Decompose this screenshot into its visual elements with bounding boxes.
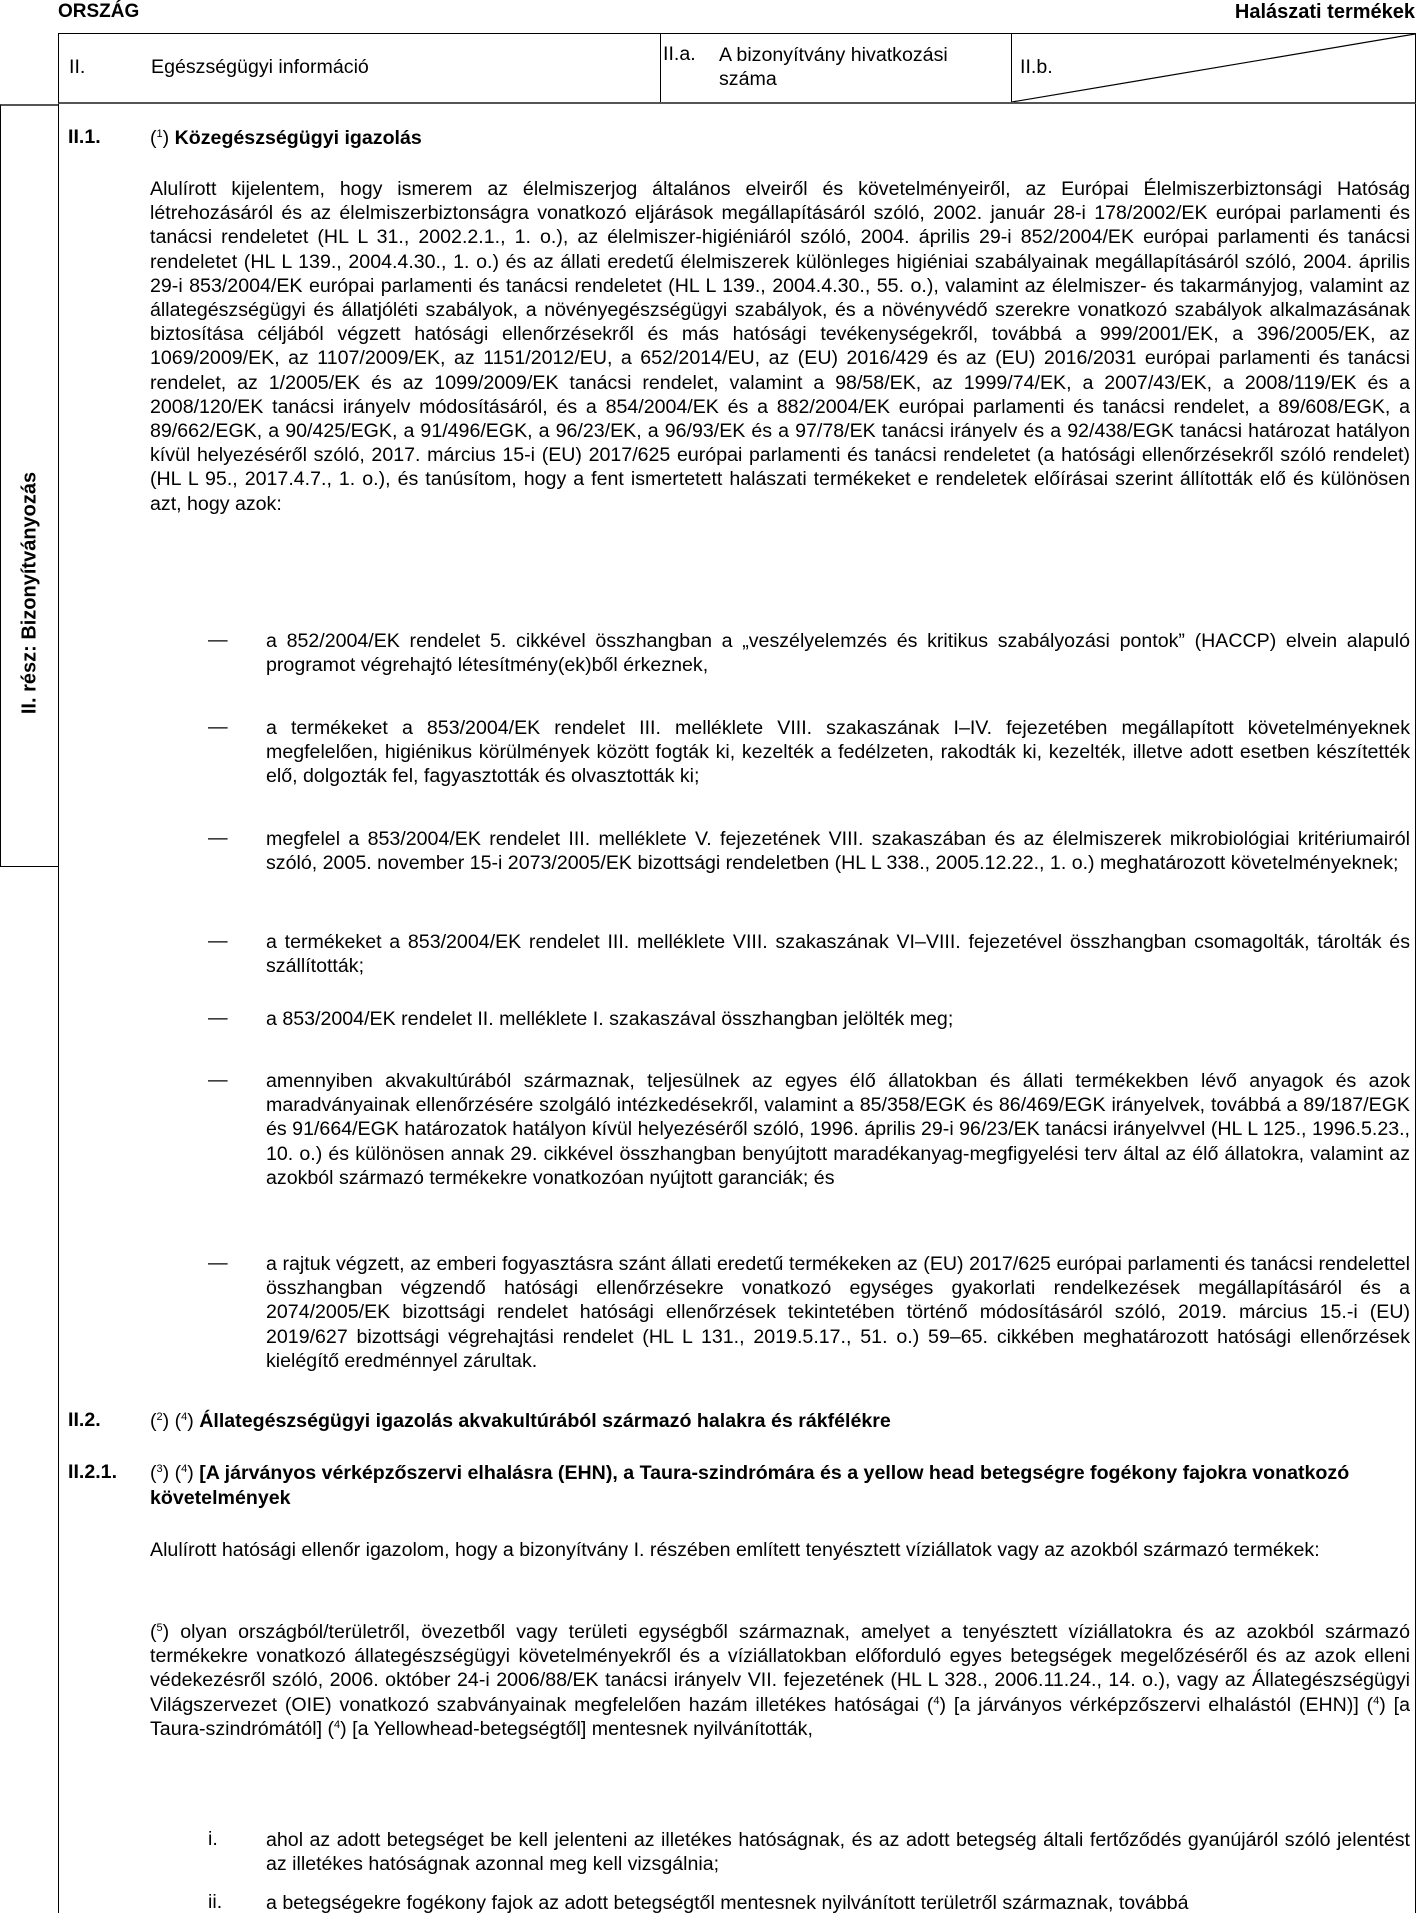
- list-item-text: megfelel a 853/2004/EK rendelet III. mel…: [266, 827, 1410, 875]
- list-item-text: ahol az adott betegséget be kell jelente…: [266, 1828, 1410, 1876]
- option-yellowhead: [a Yellowhead-betegségtől] mentesnek nyi…: [352, 1718, 813, 1740]
- roman-numeral: i.: [208, 1828, 218, 1851]
- list-item-text: a termékeket a 853/2004/EK rendelet III.…: [266, 716, 1410, 789]
- header-ref-b-number: II.b.: [1020, 56, 1053, 79]
- country-label: ORSZÁG: [58, 1, 139, 23]
- disease-free-status-paragraph: (5) olyan országból/területről, övezetbő…: [150, 1620, 1410, 1741]
- footnote-ref: 2: [157, 1411, 163, 1423]
- public-health-declaration-text: Alulírott kijelentem, hogy ismerem az él…: [150, 177, 1410, 516]
- header-section-number: II.: [69, 56, 85, 79]
- footnote-ref: 3: [157, 1463, 163, 1475]
- option-ehn: [a járványos vérképzőszervi elhalástól (…: [954, 1694, 1359, 1716]
- section-heading-text: Közegészségügyi igazolás: [175, 127, 422, 149]
- section-number-ii-1: II.1.: [68, 126, 101, 149]
- list-item-text: a termékeket a 853/2004/EK rendelet III.…: [266, 930, 1410, 978]
- footnote-ref: 5: [157, 1622, 163, 1634]
- dash-bullet: —: [208, 1069, 228, 1092]
- strikethrough-diagonal: [1012, 34, 1415, 102]
- header-section-title: Egészségügyi információ: [151, 56, 369, 79]
- header-ref-number: II.a.: [663, 43, 696, 66]
- dash-bullet: —: [208, 827, 228, 850]
- dash-bullet: —: [208, 629, 228, 652]
- header-ref-b-cell: II.b.: [1011, 34, 1415, 102]
- roman-numeral: ii.: [208, 1891, 222, 1913]
- side-label: II. rész: Bizonyítványozás: [19, 472, 42, 714]
- dash-bullet: —: [208, 716, 228, 739]
- section-number-ii-2-1: II.2.1.: [68, 1461, 117, 1484]
- section-number-ii-2: II.2.: [68, 1409, 101, 1432]
- header-ref-label: A bizonyítvány hivatkozási száma: [719, 43, 1009, 91]
- list-item-text: amennyiben akvakultúrából származnak, te…: [266, 1069, 1410, 1190]
- footnote-ref: 4: [933, 1695, 939, 1707]
- footnote-ref: 4: [1373, 1695, 1379, 1707]
- section-title-ii-2: (2) (4) Állategészségügyi igazolás akvak…: [150, 1409, 1408, 1434]
- list-item-text: a 853/2004/EK rendelet II. melléklete I.…: [266, 1007, 1410, 1031]
- section-title-ii-2-1: (3) (4) [A járványos vérképzőszervi elha…: [150, 1461, 1408, 1511]
- footnote-ref: 4: [181, 1411, 187, 1423]
- list-item-text: a 852/2004/EK rendelet 5. cikkével összh…: [266, 629, 1410, 677]
- list-item-text: a rajtuk végzett, az emberi fogyasztásra…: [266, 1252, 1410, 1373]
- section-heading-text: Állategészségügyi igazolás akvakultúrábó…: [199, 1410, 891, 1432]
- official-inspector-statement: Alulírott hatósági ellenőr igazolom, hog…: [150, 1538, 1410, 1562]
- header-section-cell: II. Egészségügyi információ: [59, 34, 660, 102]
- list-item-text: a betegségekre fogékony fajok az adott b…: [266, 1891, 1410, 1913]
- footnote-ref: 4: [334, 1719, 340, 1731]
- dash-bullet: —: [208, 930, 228, 953]
- dash-bullet: —: [208, 1007, 228, 1030]
- side-label-box: II. rész: Bizonyítványozás: [0, 104, 58, 867]
- header-reference-cell: II.a. A bizonyítvány hivatkozási száma: [660, 34, 1012, 102]
- footnote-ref: 1: [157, 128, 163, 140]
- section-title-ii-1: (1) Közegészségügyi igazolás: [150, 126, 1408, 151]
- product-type-label: Halászati termékek: [1235, 1, 1415, 24]
- section-heading-text: [A járványos vérképzőszervi elhalásra (E…: [150, 1462, 1349, 1509]
- footnote-ref: 4: [181, 1463, 187, 1475]
- dash-bullet: —: [208, 1252, 228, 1275]
- certificate-header-table: II. Egészségügyi információ II.a. A bizo…: [58, 33, 1416, 104]
